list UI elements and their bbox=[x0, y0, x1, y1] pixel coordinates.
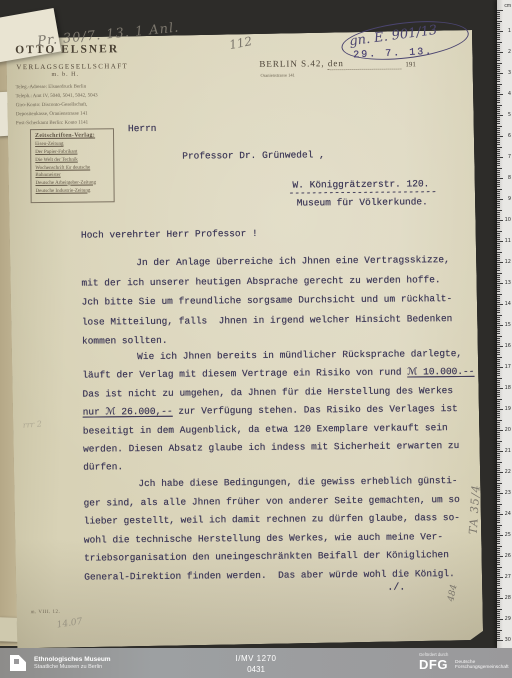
ruler-tick bbox=[497, 569, 500, 570]
ruler-tick bbox=[497, 495, 500, 496]
ruler-tick bbox=[497, 388, 503, 389]
ruler-tick bbox=[497, 92, 500, 93]
viewer-footer-bar: Ethnologisches Museum Staatliche Museen … bbox=[0, 648, 512, 678]
ruler-tick bbox=[497, 552, 500, 553]
measurement-ruler: cm 1234567891011121314151617181920212223… bbox=[497, 0, 512, 648]
ruler-tick bbox=[497, 63, 502, 64]
pencil-page-number: 112 bbox=[228, 34, 253, 52]
ruler-tick bbox=[497, 44, 500, 45]
ruler-tick bbox=[497, 157, 503, 158]
dfg-logo: DFG bbox=[419, 657, 448, 672]
ruler-tick bbox=[497, 594, 500, 595]
ruler-tick bbox=[497, 235, 500, 236]
ruler-tick bbox=[497, 294, 502, 295]
letterhead-company-sub: VERLAGSGESELLSCHAFT bbox=[16, 62, 128, 71]
ruler-tick bbox=[497, 480, 500, 481]
ruler-tick bbox=[497, 153, 500, 154]
letter-text: läuft der Verlag mit diesem Vertrage ein… bbox=[82, 367, 407, 381]
ruler-tick bbox=[497, 434, 500, 435]
ruler-tick bbox=[497, 128, 500, 129]
ruler-tick bbox=[497, 115, 503, 116]
ruler-tick bbox=[497, 243, 500, 244]
ruler-tick bbox=[497, 65, 500, 66]
ruler-number: 28 bbox=[505, 595, 511, 601]
ruler-tick bbox=[497, 12, 500, 13]
ruler-tick bbox=[497, 617, 500, 618]
ruler-tick bbox=[497, 539, 500, 540]
letter-paragraph: Jn der Anlage überreiche ich Jhnen eine … bbox=[81, 250, 484, 351]
ruler-tick bbox=[497, 428, 500, 429]
ruler-tick bbox=[497, 468, 500, 469]
ruler-number: 3 bbox=[508, 70, 511, 76]
ruler-tick bbox=[497, 638, 500, 639]
letter-paragraph: Jch habe diese Bedingungen, die gewiss e… bbox=[83, 472, 486, 587]
ruler-tick bbox=[497, 564, 500, 565]
letter-text: triebsorganisation den uneingeschränkten… bbox=[84, 549, 449, 564]
ruler-tick bbox=[497, 151, 500, 152]
ruler-unit-label: cm bbox=[504, 3, 511, 9]
ruler-tick bbox=[497, 525, 502, 526]
journal-item: Der Papier-Fabrikant bbox=[35, 149, 109, 156]
ruler-tick bbox=[497, 567, 502, 568]
ruler-tick bbox=[497, 338, 500, 339]
margin-right-number: 484 bbox=[446, 584, 459, 603]
printer-code: m. VIII. 12. bbox=[31, 610, 61, 615]
document-scan-view: Pr. 30/7. 13. 1 Anl. 112 gn. E. 901/13 O… bbox=[0, 0, 512, 678]
ruler-tick bbox=[497, 522, 500, 523]
ruler-tick bbox=[497, 142, 500, 143]
ruler-tick bbox=[497, 237, 500, 238]
ruler-tick bbox=[497, 210, 502, 211]
underlined-amount: nur ℳ 26.000,-- bbox=[83, 406, 173, 418]
margin-left-note: rrr 2 bbox=[22, 419, 42, 429]
ruler-tick bbox=[497, 231, 502, 232]
journals-box: Zeitschriften-Verlag: Eisen-ZeitungDer P… bbox=[30, 128, 115, 203]
ruler-tick bbox=[497, 453, 500, 454]
ruler-tick bbox=[497, 602, 500, 603]
ruler-tick bbox=[497, 94, 503, 95]
ruler-tick bbox=[497, 357, 502, 358]
ruler-tick bbox=[497, 497, 500, 498]
ruler-tick bbox=[497, 506, 500, 507]
ruler-tick bbox=[497, 96, 500, 97]
ruler-tick bbox=[497, 218, 500, 219]
ruler-tick bbox=[497, 390, 500, 391]
letter-text: beseitigt in dem Augenblick, da etwa 120… bbox=[83, 422, 448, 437]
ruler-tick bbox=[497, 592, 500, 593]
letter-text: Wie ich Jhnen bereits in mündlicher Rück… bbox=[137, 348, 462, 362]
ruler-tick bbox=[497, 493, 503, 494]
ruler-tick bbox=[497, 14, 500, 15]
ruler-tick bbox=[497, 455, 500, 456]
letter-text: mit der ich unserer heutigen Absprache g… bbox=[81, 274, 440, 288]
ruler-tick bbox=[497, 556, 503, 557]
ruler-tick bbox=[497, 35, 500, 36]
ruler-tick bbox=[497, 205, 500, 206]
ruler-number: 22 bbox=[505, 469, 511, 475]
letter-text: zur Verfügung stehen. Das Risiko des Ver… bbox=[173, 403, 458, 417]
ruler-tick bbox=[497, 489, 500, 490]
ruler-tick bbox=[497, 331, 500, 332]
ruler-tick bbox=[497, 581, 500, 582]
ruler-tick bbox=[497, 189, 502, 190]
ruler-tick bbox=[497, 136, 503, 137]
ruler-tick bbox=[497, 168, 502, 169]
ruler-tick bbox=[497, 226, 500, 227]
ruler-tick bbox=[497, 178, 503, 179]
journal-item: Wochenschrift für deutsche Bahnmeister bbox=[35, 165, 109, 179]
ruler-tick bbox=[497, 111, 500, 112]
ruler-tick bbox=[497, 107, 500, 108]
ruler-tick bbox=[497, 621, 500, 622]
ruler-tick bbox=[497, 365, 500, 366]
ruler-tick bbox=[497, 443, 500, 444]
ruler-tick bbox=[497, 632, 500, 633]
letter-text: Das ist nicht zu umgehen, da Jhnen für d… bbox=[82, 385, 453, 400]
ruler-tick bbox=[497, 470, 500, 471]
ruler-tick bbox=[497, 491, 500, 492]
letter-text: dürfen. bbox=[83, 462, 123, 473]
ruler-tick bbox=[497, 392, 500, 393]
ruler-tick bbox=[497, 165, 500, 166]
ruler-tick bbox=[497, 554, 500, 555]
ruler-tick bbox=[497, 518, 500, 519]
ruler-tick bbox=[497, 75, 500, 76]
journal-item: Deutsche Arbeitgeber-Zeitung bbox=[35, 180, 109, 187]
letter-text: lieber gestellt, weil ich damit rechnen … bbox=[84, 512, 460, 527]
ruler-tick bbox=[497, 573, 500, 574]
ruler-tick bbox=[497, 438, 500, 439]
ruler-number: 7 bbox=[508, 154, 511, 160]
ruler-tick bbox=[497, 279, 500, 280]
ruler-tick bbox=[497, 193, 500, 194]
ruler-tick bbox=[497, 606, 500, 607]
ruler-tick bbox=[497, 233, 500, 234]
ruler-tick bbox=[497, 583, 500, 584]
ruler-tick bbox=[497, 184, 500, 185]
ruler-tick bbox=[497, 615, 500, 616]
ruler-tick bbox=[497, 627, 500, 628]
ruler-tick bbox=[497, 180, 500, 181]
ruler-tick bbox=[497, 302, 500, 303]
ruler-tick bbox=[497, 48, 500, 49]
ruler-tick bbox=[497, 258, 500, 259]
ruler-tick bbox=[497, 132, 500, 133]
ruler-number: 11 bbox=[505, 238, 511, 244]
ruler-tick bbox=[497, 21, 502, 22]
ruler-tick bbox=[497, 33, 500, 34]
ruler-tick bbox=[497, 327, 500, 328]
letter-text: kommen sollten. bbox=[82, 335, 168, 347]
ruler-tick bbox=[497, 585, 500, 586]
ruler-tick bbox=[497, 359, 500, 360]
ruler-number: 19 bbox=[505, 406, 511, 412]
ruler-tick bbox=[497, 222, 500, 223]
ruler-tick bbox=[497, 571, 500, 572]
ruler-tick bbox=[497, 50, 500, 51]
ruler-number: 4 bbox=[508, 91, 511, 97]
ruler-tick bbox=[497, 105, 502, 106]
ruler-tick bbox=[497, 182, 500, 183]
ruler-tick bbox=[497, 312, 500, 313]
pencil-bottom-note: 14.07 bbox=[56, 617, 83, 631]
ruler-tick bbox=[497, 531, 500, 532]
ruler-tick bbox=[497, 283, 503, 284]
ruler-tick bbox=[497, 304, 503, 305]
ruler-tick bbox=[497, 417, 500, 418]
ruler-number: 1 bbox=[508, 28, 511, 34]
ruler-tick bbox=[497, 323, 500, 324]
ruler-tick bbox=[497, 296, 500, 297]
ruler-tick bbox=[497, 401, 500, 402]
ruler-tick bbox=[497, 260, 500, 261]
ruler-tick bbox=[497, 409, 503, 410]
ruler-tick bbox=[497, 159, 500, 160]
ruler-tick bbox=[497, 499, 500, 500]
ruler-tick bbox=[497, 619, 503, 620]
ruler-tick bbox=[497, 382, 500, 383]
ruler-tick bbox=[497, 598, 503, 599]
ruler-number: 27 bbox=[505, 574, 511, 580]
ruler-tick bbox=[497, 203, 500, 204]
ruler-number: 5 bbox=[508, 112, 511, 118]
ruler-tick bbox=[497, 308, 500, 309]
letter-text: Jn der Anlage überreiche ich Jhnen eine … bbox=[136, 254, 450, 268]
ruler-tick bbox=[497, 73, 503, 74]
ruler-tick bbox=[497, 634, 500, 635]
ruler-tick bbox=[497, 373, 500, 374]
ruler-tick bbox=[497, 342, 500, 343]
ruler-tick bbox=[497, 537, 500, 538]
ruler-tick bbox=[497, 464, 500, 465]
ruler-tick bbox=[497, 596, 500, 597]
printed-year-prefix: 191 bbox=[405, 60, 416, 68]
ruler-tick bbox=[497, 163, 500, 164]
ruler-tick bbox=[497, 562, 500, 563]
ruler-number: 18 bbox=[505, 385, 511, 391]
ruler-tick bbox=[497, 485, 500, 486]
ruler-tick bbox=[497, 289, 500, 290]
ruler-tick bbox=[497, 611, 500, 612]
ruler-tick bbox=[497, 86, 500, 87]
ruler-tick bbox=[497, 546, 502, 547]
letter-paragraph: Wie ich Jhnen bereits in mündlicher Rück… bbox=[82, 345, 485, 478]
ruler-tick bbox=[497, 315, 502, 316]
ruler-tick bbox=[497, 474, 500, 475]
ruler-tick bbox=[497, 191, 500, 192]
ruler-tick bbox=[497, 310, 500, 311]
ruler-tick bbox=[497, 504, 502, 505]
ruler-tick bbox=[497, 354, 500, 355]
ruler-tick bbox=[497, 325, 503, 326]
recipient-institution: Museum für Völkerkunde. bbox=[297, 196, 428, 208]
journal-item: Eisen-Zeitung bbox=[35, 141, 109, 148]
letterhead-company: OTTO ELSNER bbox=[15, 43, 119, 56]
ruler-tick bbox=[497, 346, 503, 347]
ruler-tick bbox=[497, 264, 500, 265]
ruler-tick bbox=[497, 81, 500, 82]
ruler-number: 16 bbox=[505, 343, 511, 349]
ruler-tick bbox=[497, 344, 500, 345]
letterhead-detail-line: Post-Scheckamt Berlin: Konto 1141 bbox=[16, 118, 98, 128]
typed-date: 29. 7. 13. bbox=[353, 47, 433, 62]
ruler-tick bbox=[497, 98, 500, 99]
ruler-tick bbox=[497, 216, 500, 217]
ruler-tick bbox=[497, 529, 500, 530]
ruler-tick bbox=[497, 23, 500, 24]
ruler-tick bbox=[497, 60, 500, 61]
ruler-tick bbox=[497, 533, 500, 534]
ruler-tick bbox=[497, 119, 500, 120]
ruler-tick bbox=[497, 275, 500, 276]
ruler-tick bbox=[497, 333, 500, 334]
ruler-tick bbox=[497, 348, 500, 349]
letter-text: General-Direktion finden werden. Das abe… bbox=[84, 568, 455, 583]
ruler-tick bbox=[497, 10, 503, 11]
ruler-tick bbox=[497, 541, 500, 542]
ruler-tick bbox=[497, 329, 500, 330]
ruler-tick bbox=[497, 109, 500, 110]
letter-text: wohl die technische Herstellung des Werk… bbox=[84, 531, 443, 545]
ruler-tick bbox=[497, 277, 500, 278]
ruler-tick bbox=[497, 375, 500, 376]
ruler-tick bbox=[497, 88, 500, 89]
ruler-tick bbox=[497, 176, 500, 177]
ruler-tick bbox=[497, 172, 500, 173]
ruler-tick bbox=[497, 613, 500, 614]
ruler-tick bbox=[497, 319, 500, 320]
ruler-tick bbox=[497, 42, 502, 43]
ruler-tick bbox=[497, 457, 500, 458]
ruler-tick bbox=[497, 18, 500, 19]
letterhead-details: Teleg.-Adresse: Elsnerdruck BerlinTeleph… bbox=[16, 82, 98, 128]
ruler-tick bbox=[497, 273, 502, 274]
ruler-number: 13 bbox=[505, 280, 511, 286]
ruler-tick bbox=[497, 609, 502, 610]
ruler-tick bbox=[497, 201, 500, 202]
ruler-tick bbox=[497, 256, 500, 257]
ruler-tick bbox=[497, 121, 500, 122]
ruler-tick bbox=[497, 415, 500, 416]
ruler-tick bbox=[497, 600, 500, 601]
ruler-tick bbox=[497, 149, 500, 150]
ruler-tick bbox=[497, 396, 500, 397]
ruler-number: 21 bbox=[505, 448, 511, 454]
ruler-tick bbox=[497, 436, 500, 437]
ruler-number: 15 bbox=[505, 322, 511, 328]
ruler-tick bbox=[497, 466, 500, 467]
ruler-tick bbox=[497, 71, 500, 72]
ruler-tick bbox=[497, 640, 503, 641]
ruler-tick bbox=[497, 424, 500, 425]
ruler-tick bbox=[497, 300, 500, 301]
ruler-tick bbox=[497, 432, 500, 433]
ruler-tick bbox=[497, 245, 500, 246]
ruler-tick bbox=[497, 268, 500, 269]
ruler-tick bbox=[497, 441, 502, 442]
ruler-tick bbox=[497, 197, 500, 198]
ruler-tick bbox=[497, 239, 500, 240]
ruler-number: 2 bbox=[508, 49, 511, 55]
ruler-tick bbox=[497, 254, 500, 255]
ruler-tick bbox=[497, 449, 500, 450]
ruler-tick bbox=[497, 266, 500, 267]
letter-line: General-Direktion finden werden. Das abe… bbox=[84, 565, 486, 587]
ruler-tick bbox=[497, 483, 502, 484]
ruler-tick bbox=[497, 459, 500, 460]
ruler-tick bbox=[497, 510, 500, 511]
ruler-tick bbox=[497, 16, 500, 17]
ruler-number: 24 bbox=[505, 511, 511, 517]
ruler-tick bbox=[497, 174, 500, 175]
ruler-tick bbox=[497, 138, 500, 139]
ruler-tick bbox=[497, 590, 500, 591]
ruler-tick bbox=[497, 520, 500, 521]
ruler-tick bbox=[497, 501, 500, 502]
underlined-amount: ℳ 10.000.-- bbox=[407, 366, 474, 378]
ruler-tick bbox=[497, 508, 500, 509]
ruler-tick bbox=[497, 247, 500, 248]
ruler-tick bbox=[497, 126, 502, 127]
ruler-tick bbox=[497, 378, 502, 379]
ruler-tick bbox=[497, 249, 500, 250]
letter-line: lose Mitteilung, falls Jhnen in irgend w… bbox=[82, 308, 484, 331]
ruler-tick bbox=[497, 411, 500, 412]
ruler-tick bbox=[497, 31, 503, 32]
recipient-salutation: Herrn bbox=[128, 123, 157, 134]
ruler-number: 6 bbox=[508, 133, 511, 139]
ruler-tick bbox=[497, 220, 503, 221]
ruler-tick bbox=[497, 117, 500, 118]
ruler-number: 10 bbox=[505, 217, 511, 223]
ruler-tick bbox=[497, 514, 503, 515]
ruler-tick bbox=[497, 134, 500, 135]
journals-list: Eisen-ZeitungDer Papier-FabrikantDie Wel… bbox=[35, 141, 110, 195]
ruler-tick bbox=[497, 195, 500, 196]
ruler-tick bbox=[497, 527, 500, 528]
ruler-tick bbox=[497, 46, 500, 47]
ruler-tick bbox=[497, 130, 500, 131]
ruler-tick bbox=[497, 212, 500, 213]
ruler-tick bbox=[497, 579, 500, 580]
ruler-tick bbox=[497, 548, 500, 549]
ruler-tick bbox=[497, 199, 503, 200]
ruler-tick bbox=[497, 228, 500, 229]
ruler-tick bbox=[497, 39, 500, 40]
ruler-tick bbox=[497, 321, 500, 322]
ruler-tick bbox=[497, 516, 500, 517]
ruler-tick bbox=[497, 430, 503, 431]
ruler-tick bbox=[497, 69, 500, 70]
ruler-tick bbox=[497, 25, 500, 26]
letter-text: lose Mitteilung, falls Jhnen in irgend w… bbox=[82, 313, 453, 328]
ruler-tick bbox=[497, 161, 500, 162]
continuation-mark: ./. bbox=[387, 583, 405, 594]
ruler-tick bbox=[497, 140, 500, 141]
ruler-tick bbox=[497, 281, 500, 282]
ruler-tick bbox=[497, 306, 500, 307]
ruler-tick bbox=[497, 252, 502, 253]
ruler-tick bbox=[497, 407, 500, 408]
ruler-tick bbox=[497, 604, 500, 605]
ruler-tick bbox=[497, 67, 500, 68]
ruler-tick bbox=[497, 113, 500, 114]
ruler-tick bbox=[497, 270, 500, 271]
ruler-tick bbox=[497, 394, 500, 395]
ruler-tick bbox=[497, 37, 500, 38]
ruler-tick bbox=[497, 79, 500, 80]
ruler-tick bbox=[497, 476, 500, 477]
